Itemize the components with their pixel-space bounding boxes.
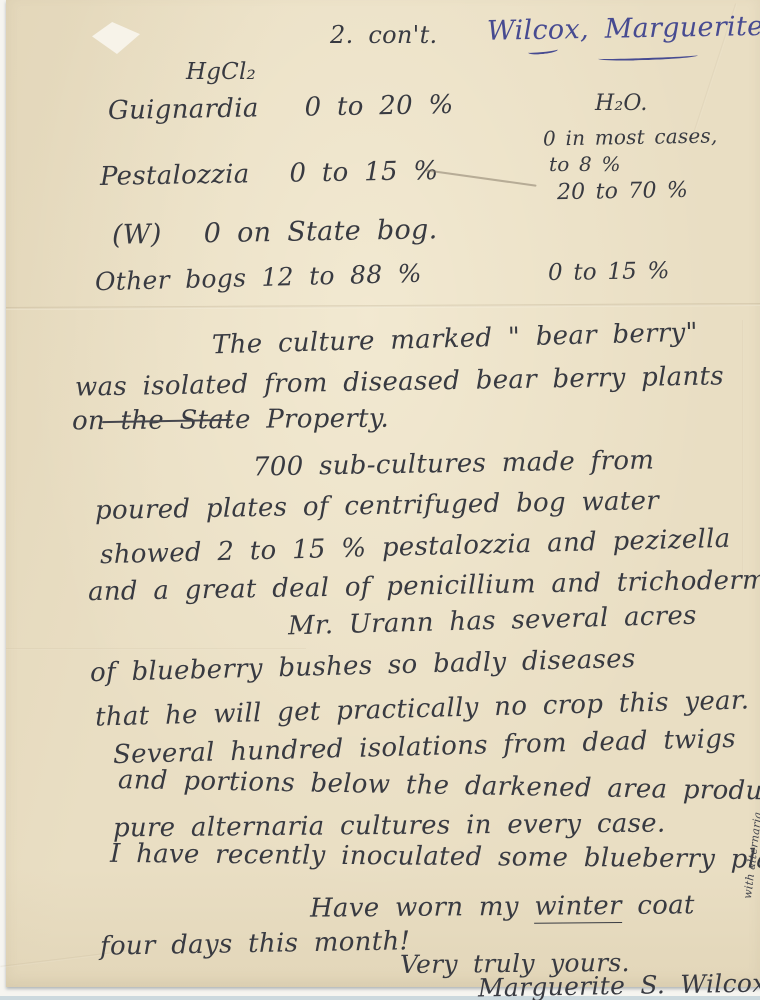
pestalozzia-label: Pestalozzia [100, 159, 250, 192]
page-label: 2. con't. [330, 22, 437, 48]
closing-line1-pre: Have worn my [310, 892, 535, 924]
para3-line7: I have recently inoculated some blueberr… [110, 840, 760, 875]
guignardia-hgcl2-value: 0 to 20 % [304, 90, 453, 123]
para3-line6: pure alternaria cultures in every case. [113, 810, 666, 843]
scanned-letter-page: 2. con't. Wilcox, Marguerite S. HgCl₂ H₂… [0, 0, 760, 1000]
pestalozzia-hgcl2-value: 0 to 15 % [289, 156, 438, 189]
h2o-result-line1: 0 in most cases, [543, 124, 718, 149]
w-h2o-value: 0 to 15 % [548, 259, 670, 286]
closing-line1-post: coat [622, 890, 695, 921]
author-name: Wilcox, Marguerite S. [487, 11, 760, 46]
w-state-bog-value: 0 on State bog. [203, 214, 437, 249]
guignardia-label: Guignardia [108, 93, 259, 126]
w-label: (W) [112, 219, 162, 251]
pestalozzia-row: Pestalozzia0 to 15 % [100, 157, 439, 191]
hgcl2-column-header: HgCl₂ [186, 60, 256, 85]
h2o-column-header: H₂O. [595, 92, 648, 116]
closing-line1: Have worn my winter coat [310, 891, 695, 923]
signature: Marguerite S. Wilcox [478, 969, 760, 1000]
winter-underlined: winter [534, 891, 622, 924]
guignardia-row: Guignardia0 to 20 % [108, 91, 454, 126]
closing-line2: four days this month! [100, 927, 411, 961]
h2o-result-line2: to 8 % [549, 153, 621, 175]
w-bog-row: (W)0 on State bog. [112, 215, 438, 250]
h2o-result-line3: 20 to 70 % [557, 179, 688, 205]
